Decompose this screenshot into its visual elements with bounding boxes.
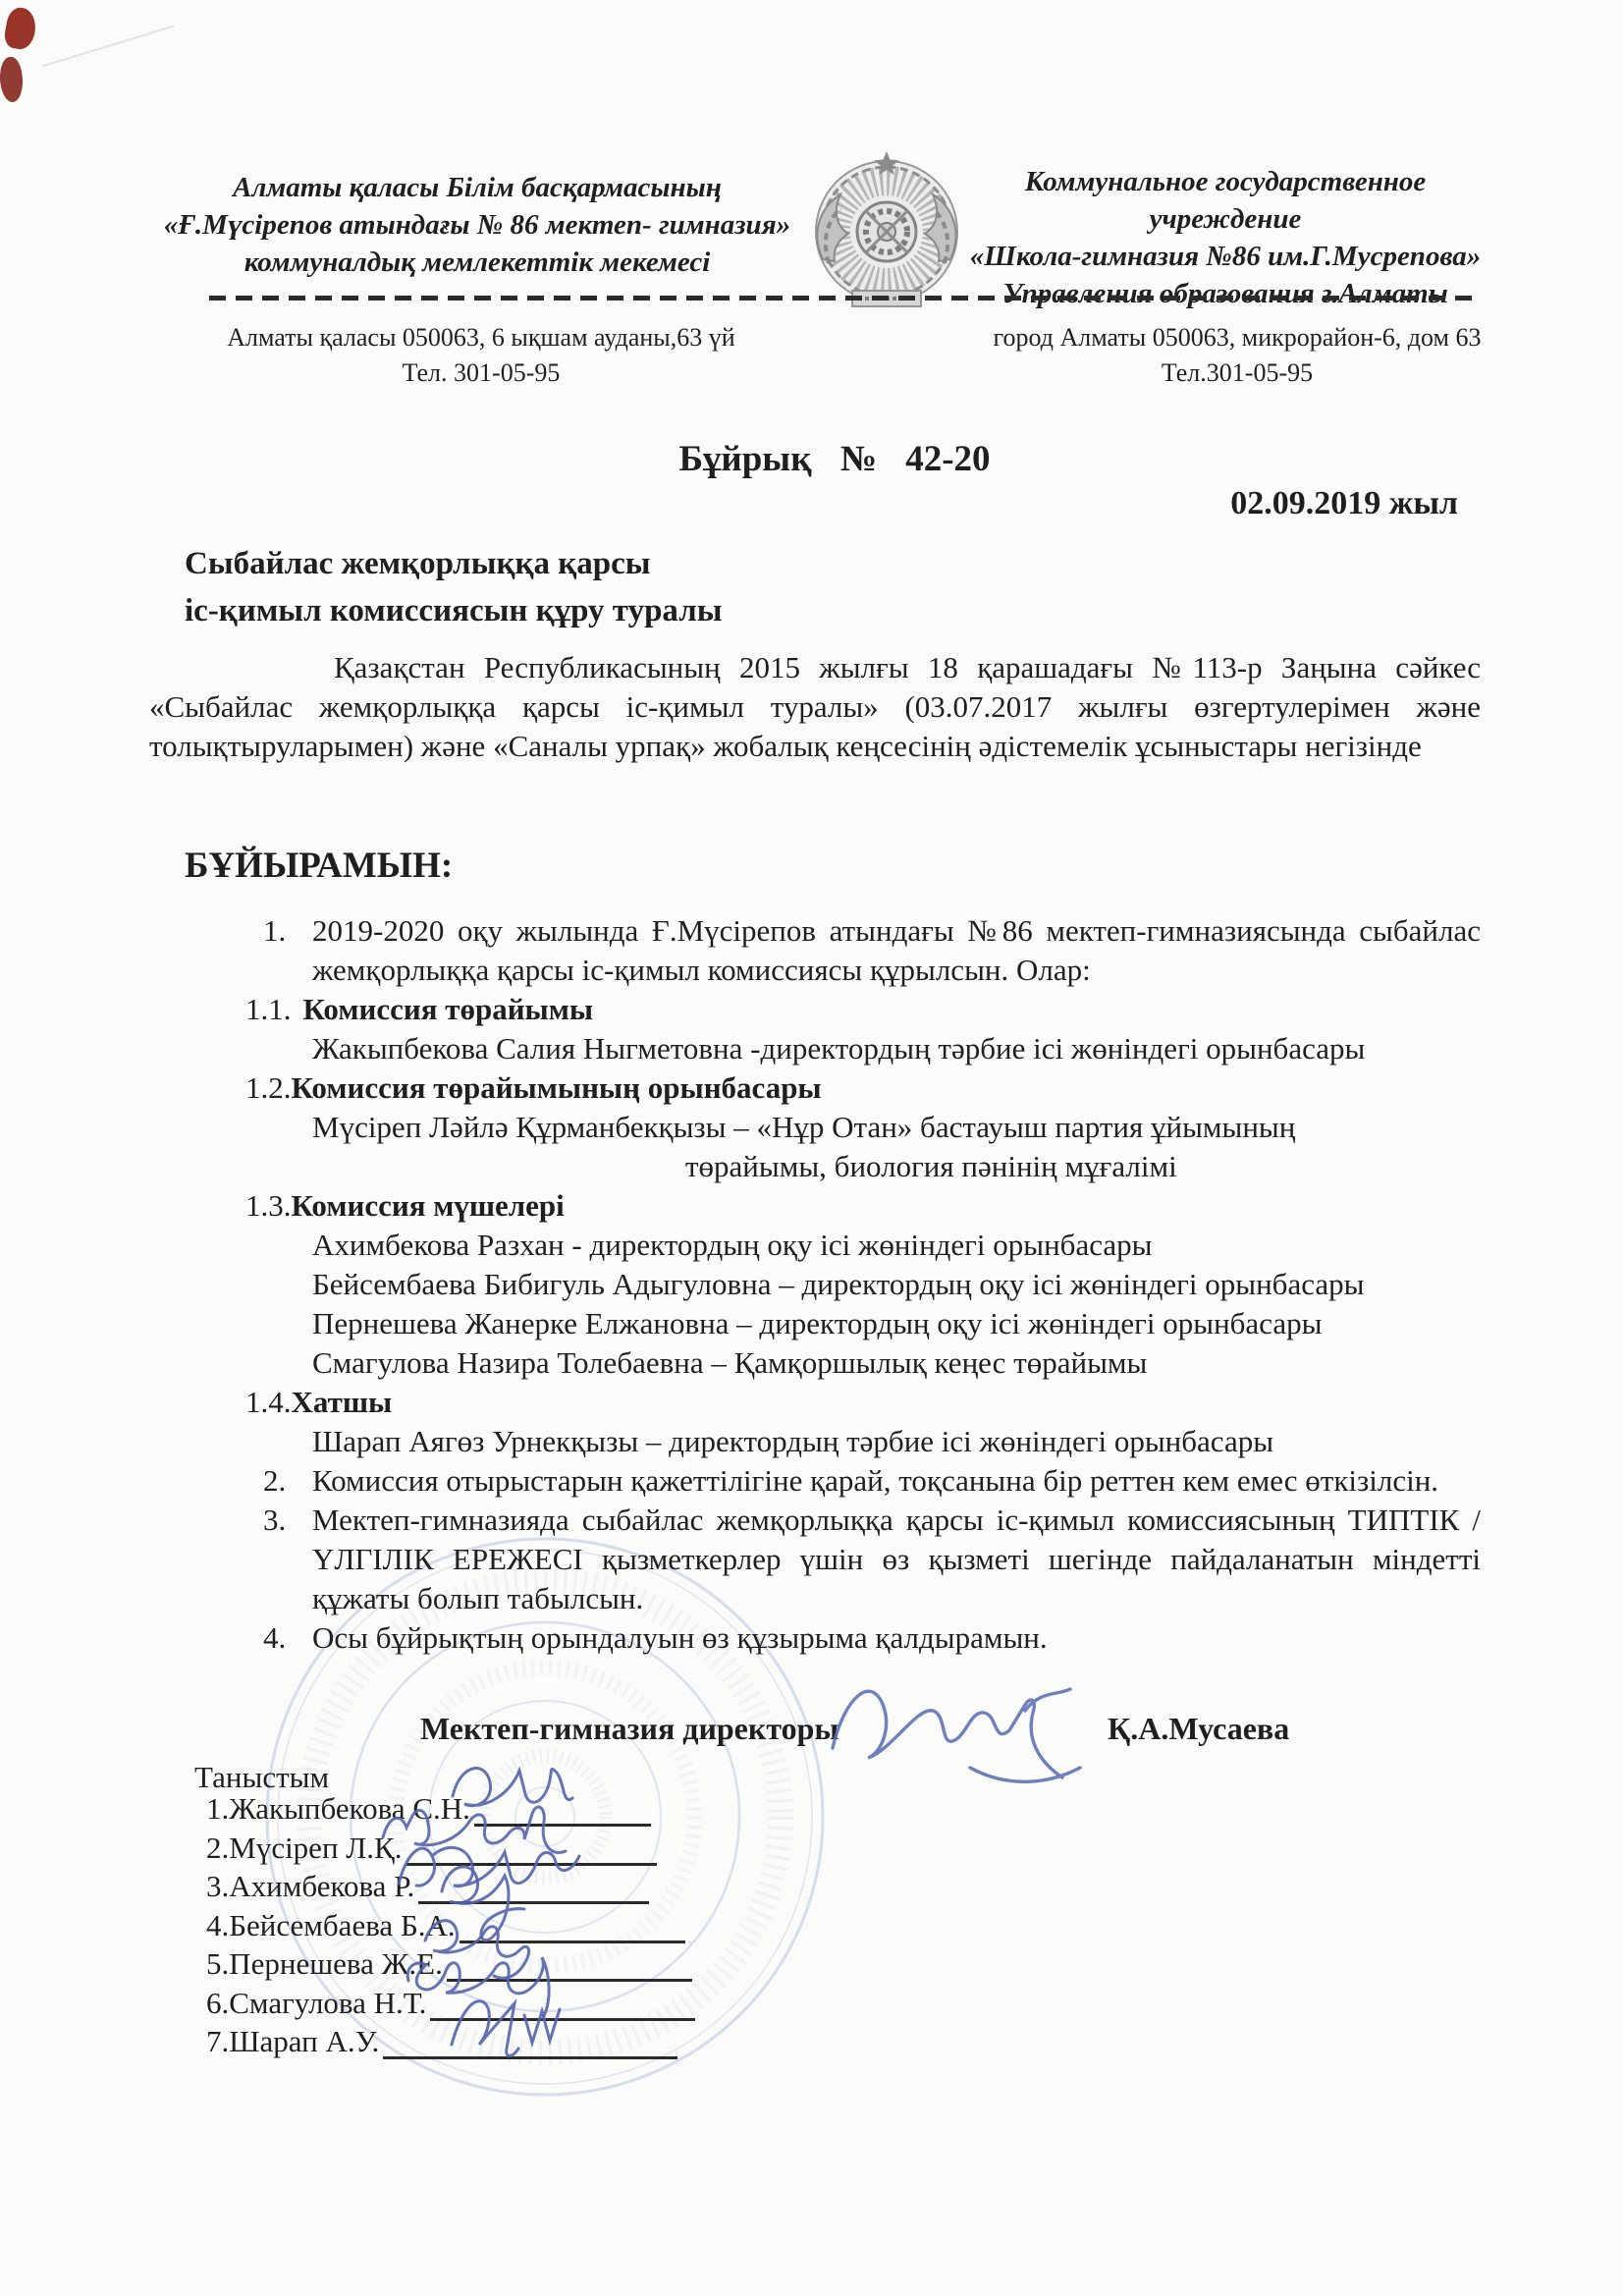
- letterhead-russian-line2: «Школа-гимназия №86 им.Г.Мусрепова»: [948, 238, 1502, 275]
- scan-artifact-red-mark: [3, 6, 39, 52]
- letterhead-russian: Коммунальное государственное учреждение …: [948, 163, 1502, 312]
- item-2-text: Комиссия отырыстарын қажеттілігіне қарай…: [312, 1461, 1481, 1501]
- item-1-1-number: 1.1.: [245, 992, 292, 1026]
- item-1-2-title: Комиссия төрайымының орынбасары: [292, 1070, 822, 1105]
- item-1-text: 2019-2020 оқу жылында Ғ.Мүсірепов атында…: [312, 911, 1481, 990]
- address-russian-line1: город Алматы 050063, микрорайон-6, дом 6…: [962, 320, 1512, 355]
- director-name: Қ.А.Мусаева: [1108, 1711, 1289, 1747]
- commission-member: Пернешева Жанерке Елжановна – директорды…: [312, 1304, 1481, 1343]
- item-1-1-title: Комиссия төрайымы: [303, 992, 594, 1026]
- item-1-3-heading: 1.3.Комиссия мүшелері: [245, 1186, 1481, 1226]
- item-3-number: 3.: [263, 1501, 312, 1618]
- signers-list: 1.Жакыпбекова С.Н. 2.Мүсіреп Л.Қ. 3.Ахим…: [206, 1789, 695, 2061]
- item-1-number: 1.: [263, 911, 312, 990]
- letterhead-russian-line3: Управления образования г.Алматы: [948, 275, 1502, 312]
- letterhead-kazakh-line1: Алматы қаласы Білім басқармасының: [147, 169, 807, 206]
- order-preamble: Қазақстан Республикасының 2015 жылғы 18 …: [149, 648, 1481, 766]
- letterhead-kazakh-line3: коммуналдық мемлекеттік мекемесі: [147, 244, 807, 281]
- item-1-2-number: 1.2.: [245, 1070, 292, 1105]
- address-kazakh: Алматы қаласы 050063, 6 ықшам ауданы,63 …: [187, 320, 776, 391]
- address-kazakh-line1: Алматы қаласы 050063, 6 ықшам ауданы,63 …: [187, 320, 776, 355]
- item-3: 3. Мектеп-гимназияда сыбайлас жемқорлыққ…: [149, 1501, 1481, 1618]
- signer-name: 2.Мүсіреп Л.Қ.: [206, 1831, 403, 1865]
- letterhead-kazakh: Алматы қаласы Білім басқармасының «Ғ.Мүс…: [147, 169, 807, 281]
- director-signature: [823, 1650, 1098, 1807]
- letterhead-russian-line1: Коммунальное государственное учреждение: [948, 163, 1502, 238]
- order-subject-line2: іс-қимыл комиссиясын құру туралы: [185, 587, 723, 634]
- item-1-3-number: 1.3.: [245, 1188, 292, 1223]
- director-signature-row: Мектеп-гимназия директоры Қ.А.Мусаева: [147, 1711, 1486, 1779]
- order-subject: Сыбайлас жемқорлыққа қарсы іс-қимыл коми…: [185, 540, 723, 634]
- order-date: 02.09.2019 жыл: [1230, 485, 1458, 522]
- scanned-order-document: Алматы қаласы Білім басқармасының «Ғ.Мүс…: [0, 0, 1623, 2296]
- signer-name: 6.Смагулова Н.Т.: [206, 1986, 426, 2020]
- item-1-1-heading: 1.1.Комиссия төрайымы: [245, 990, 1481, 1029]
- commission-member: Бейсембаева Бибигуль Адыгуловна – директ…: [312, 1265, 1481, 1304]
- item-4-number: 4.: [263, 1618, 312, 1658]
- dashed-divider: [209, 296, 1479, 301]
- item-1-2-heading: 1.2.Комиссия төрайымының орынбасары: [245, 1068, 1481, 1108]
- item-1: 1. 2019-2020 оқу жылында Ғ.Мүсірепов аты…: [149, 911, 1481, 990]
- order-title: Бұйрық № 42-20: [0, 438, 1623, 480]
- item-1-4-title: Хатшы: [292, 1385, 393, 1419]
- item-1-4-heading: 1.4.Хатшы: [245, 1383, 1481, 1422]
- director-label: Мектеп-гимназия директоры: [420, 1711, 839, 1747]
- signature-line: [383, 2023, 677, 2059]
- item-1-1-person: Жакыпбекова Салия Ныгметовна -директорды…: [312, 1029, 1481, 1068]
- scan-crease: [42, 26, 174, 68]
- item-1-4-person: Шарап Аягөз Урнекқызы – директордың тәрб…: [312, 1422, 1481, 1461]
- decree-word: БҰЙЫРАМЫН:: [185, 845, 453, 887]
- address-kazakh-phone: Тел. 301-05-95: [187, 355, 776, 391]
- letterhead-kazakh-line2: «Ғ.Мүсірепов атындағы № 86 мектеп- гимна…: [147, 206, 807, 244]
- kazakhstan-coat-of-arms-icon: [803, 143, 970, 316]
- address-russian: город Алматы 050063, микрорайон-6, дом 6…: [962, 320, 1512, 391]
- scan-artifact-red-mark: [0, 56, 26, 103]
- item-1-2-person: Мүсіреп Ләйлә Құрманбекқызы – «Нұр Отан»…: [312, 1108, 1481, 1147]
- order-subject-line1: Сыбайлас жемқорлыққа қарсы: [185, 540, 723, 587]
- commission-member: Ахимбекова Разхан - директордың оқу ісі …: [312, 1226, 1481, 1265]
- item-3-text: Мектеп-гимназияда сыбайлас жемқорлыққа қ…: [312, 1501, 1481, 1618]
- item-1-4-number: 1.4.: [245, 1385, 292, 1419]
- item-2-number: 2.: [263, 1461, 312, 1501]
- signer-row: 7.Шарап А.У.: [206, 2022, 695, 2061]
- signer-name: 7.Шарап А.У.: [206, 2024, 379, 2058]
- item-1-3-title: Комиссия мүшелері: [292, 1188, 565, 1223]
- commission-member: Смагулова Назира Толебаевна – Қамқоршылы…: [312, 1343, 1481, 1383]
- address-russian-phone: Тел.301-05-95: [962, 355, 1512, 391]
- item-4: 4. Осы бұйрықтың орындалуын өз құзырыма …: [149, 1618, 1481, 1658]
- item-2: 2. Комиссия отырыстарын қажеттілігіне қа…: [149, 1461, 1481, 1501]
- item-1-2-person-continued: төрайымы, биология пәнінің мұғалімі: [685, 1147, 1481, 1186]
- order-items: 1. 2019-2020 оқу жылында Ғ.Мүсірепов аты…: [149, 911, 1481, 1658]
- signer-name: 3.Ахимбекова Р.: [206, 1869, 414, 1903]
